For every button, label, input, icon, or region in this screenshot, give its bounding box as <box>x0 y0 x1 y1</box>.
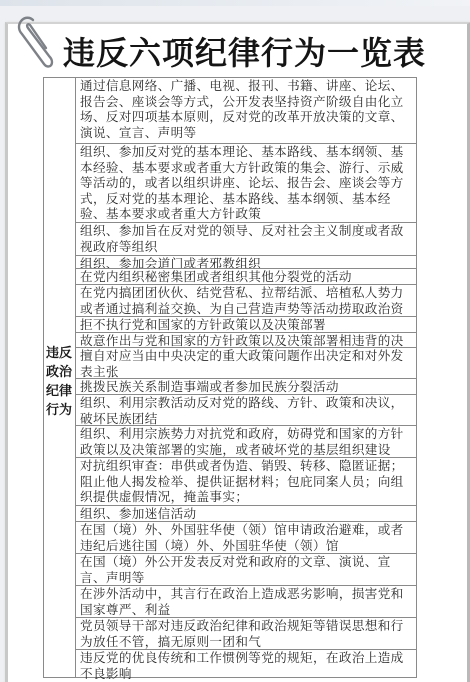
table-row: 在党内组织秘密集团或者组织其他分裂党的活动 <box>76 269 416 285</box>
table-row: 拒不执行党和国家的方针政策以及决策部署 <box>76 317 416 333</box>
table-row: 在党内搞团团伙伙、结党营私、拉帮结派、培植私人势力或者通过搞利益交换、为自己营造… <box>76 285 416 317</box>
table-row: 挑拨民族关系制造事端或者参加民族分裂活动 <box>76 379 416 395</box>
discipline-table: 违反政治纪律行为 通过信息网络、广播、电视、报刊、书籍、讲座、论坛、报告会、座谈… <box>43 77 417 678</box>
table-row: 故意作出与党和国家的方针政策以及决策部署相违背的决定 <box>76 333 416 348</box>
table-row: 对抗组织审查：串供或者伪造、销毁、转移、隐匿证据；阻止他人揭发检举、提供证据材料… <box>76 458 416 506</box>
category-label: 违反政治纪律行为 <box>46 344 76 420</box>
page-title: 违反六项纪律行为一览表 <box>63 33 426 73</box>
paperclip-icon <box>14 12 56 74</box>
category-column: 违反政治纪律行为 <box>44 78 76 677</box>
table-row: 擅自对应当由中央决定的重大政策问题作出决定和对外发表主张 <box>76 348 416 379</box>
table-row: 在国（境）外公开发表反对党和政府的文章、演说、宣言、声明等 <box>76 554 416 586</box>
table-row: 组织、参加迷信活动 <box>76 506 416 522</box>
table-row: 在涉外活动中，其言行在政治上造成恶劣影响，损害党和国家尊严、利益 <box>76 586 416 618</box>
table-row: 通过信息网络、广播、电视、报刊、书籍、讲座、论坛、报告会、座谈会等方式，公开发表… <box>76 78 416 144</box>
table-row: 组织、利用宗族势力对抗党和政府，妨碍党和国家的方针政策以及决策部署的实施，或者破… <box>76 426 416 458</box>
table-row: 组织、利用宗教活动反对党的路线、方针、政策和决议，破坏民族团结 <box>76 395 416 426</box>
top-band <box>0 0 470 6</box>
table-row: 组织、参加会道门或者邪教组织 <box>76 256 416 269</box>
table-row: 组织、参加旨在反对党的领导、反对社会主义制度或者敌视政府等组织 <box>76 223 416 256</box>
table-row: 违反党的优良传统和工作惯例等党的规矩，在政治上造成不良影响 <box>76 650 416 679</box>
table-row: 在国（境）外、外国驻华使（领）馆申请政治避难，或者违纪后逃往国（境）外、外国驻华… <box>76 522 416 554</box>
table-row: 党员领导干部对违反政治纪律和政治规矩等错误思想和行为放任不管，搞无原则一团和气 <box>76 618 416 650</box>
table-row: 组织、参加反对党的基本理论、基本路线、基本纲领、基本经验、基本要求或者重大方针政… <box>76 144 416 223</box>
